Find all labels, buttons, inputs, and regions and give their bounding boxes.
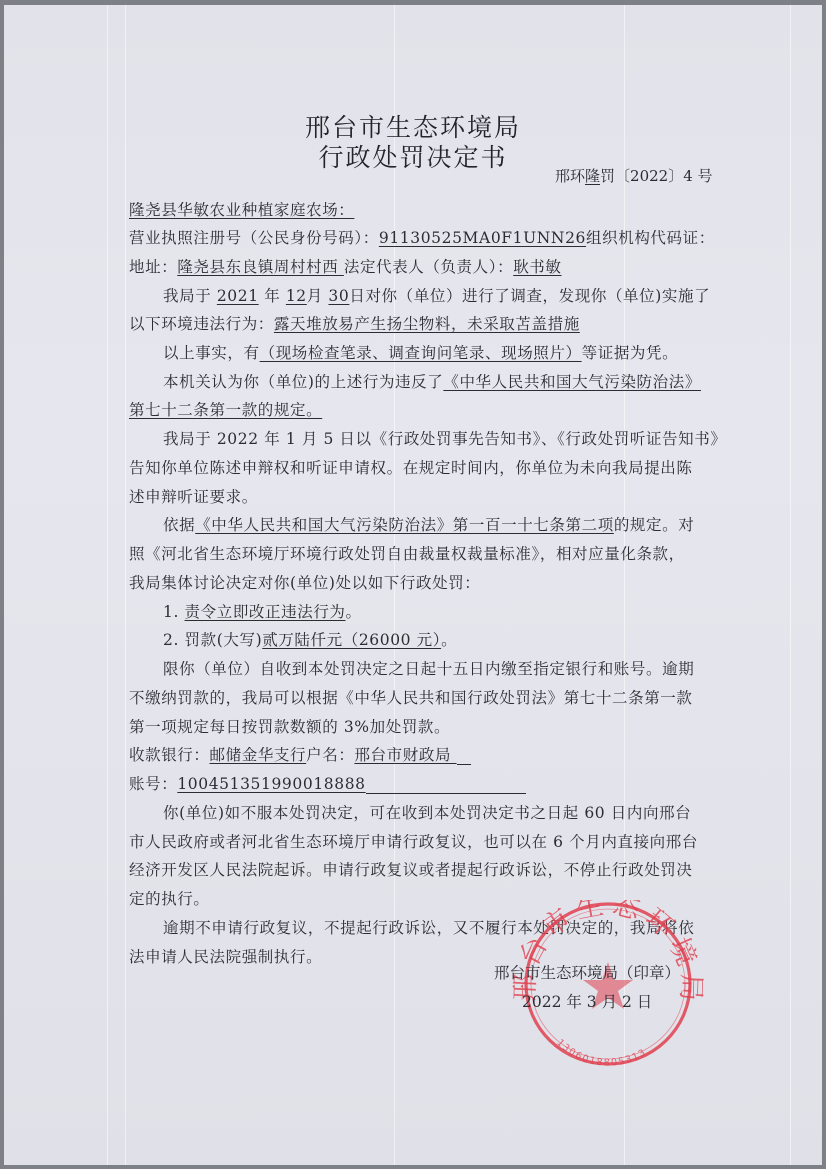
doc-number-suffix: 罚〔2022〕4 号 bbox=[600, 167, 713, 185]
penalty-number: 2. 罚款(大写) bbox=[163, 631, 262, 649]
violation-description: 露天堆放易产生扬尘物料，未采取苫盖措施 bbox=[274, 315, 580, 333]
fine-amount: 贰万陆仟元（26000 元） bbox=[262, 631, 441, 649]
payment-line-3: 第一项规定每日按罚款数额的 3%加处罚款。 bbox=[129, 715, 450, 737]
blank-fill-line bbox=[366, 776, 526, 794]
investigation-day: 30 bbox=[328, 287, 349, 305]
investigation-text: 我局于 bbox=[163, 287, 217, 305]
decision-basis-prefix: 依据 bbox=[163, 516, 195, 534]
account-number-label: 账号： bbox=[129, 775, 177, 793]
penalty-item-2: 2. 罚款(大写)贰万陆仟元（26000 元）。 bbox=[163, 628, 457, 650]
address-value: 隆尧县东良镇周村村西 bbox=[177, 258, 344, 276]
account-line: 账号：100451351990018888 bbox=[129, 772, 526, 794]
penalty-end: 。 bbox=[441, 631, 457, 649]
recipient-name: 隆尧县华敏农业种植家庭农场： bbox=[129, 201, 354, 219]
legal-basis-line-2: 第七十二条第一款的规定。 bbox=[129, 398, 322, 420]
registration-number: 91130525MA0F1UNN26 bbox=[379, 229, 586, 247]
account-number-value: 100451351990018888 bbox=[177, 775, 365, 793]
payment-line-1: 限你（单位）自收到本处罚决定之日起十五日内缴至指定银行和账号。逾期 bbox=[163, 657, 694, 679]
appeal-line-3: 经济开发区人民法院起诉。申请行政复议或者提起行政诉讼，不停止行政处罚决 bbox=[129, 858, 693, 880]
decision-basis-line: 依据《中华人民共和国大气污染防治法》第一百一十七条第二项的规定。对 bbox=[163, 513, 694, 535]
issue-date: 2022 年 3 月 2 日 bbox=[522, 990, 652, 1012]
investigation-line-2: 以下环境违法行为：露天堆放易产生扬尘物料，未采取苫盖措施 bbox=[129, 312, 580, 334]
evidence-items: （现场检查笔录、调查询问笔录、现场照片） bbox=[260, 344, 582, 362]
penalty-law-basis: 《中华人民共和国大气污染防治法》第一百一十七条第二项 bbox=[195, 516, 614, 534]
address-label: 地址： bbox=[129, 258, 177, 276]
investigation-line-1: 我局于 2021 年 12月 30日对你（单位）进行了调查，发现你（单位)实施了 bbox=[163, 284, 710, 306]
penalty-end: 。 bbox=[346, 603, 362, 621]
org-code-label: 组织机构代码证： bbox=[586, 229, 715, 247]
issuer-signature: 邢台市生态环境局（印章） bbox=[494, 961, 680, 983]
bank-line: 收款银行：邮储金华支行户名：邢台市财政局 bbox=[129, 743, 471, 765]
evidence-line: 以上事实，有（现场检查笔录、调查询问笔录、现场照片）等证据为凭。 bbox=[163, 341, 678, 363]
violation-label: 以下环境违法行为： bbox=[129, 315, 274, 333]
decision-basis-suffix: 的规定。对 bbox=[614, 516, 695, 534]
appeal-line-4: 定的执行。 bbox=[129, 887, 210, 909]
enforcement-line-2: 法申请人民法院强制执行。 bbox=[129, 945, 322, 967]
investigation-text: 日对你（单位）进行了调查，发现你（单位)实施了 bbox=[349, 287, 710, 305]
violated-article: 第七十二条第一款的规定。 bbox=[129, 401, 322, 419]
enforcement-line-1: 逾期不申请行政复议，不提起行政诉讼，又不履行本处罚决定的，我局将依 bbox=[163, 916, 694, 938]
account-name-label: 户名： bbox=[306, 746, 354, 764]
investigation-text: 年 bbox=[259, 287, 286, 305]
legal-rep-value: 耿书敏 bbox=[513, 258, 561, 276]
legal-rep-label: 法定代表人（负责人）： bbox=[344, 258, 513, 276]
document-number: 邢环隆罚〔2022〕4 号 bbox=[555, 165, 713, 186]
legal-basis-line-1: 本机关认为你（单位)的上述行为违反了《中华人民共和国大气污染防治法》 bbox=[163, 370, 701, 392]
scan-fold-line bbox=[125, 5, 126, 1165]
notification-line-2: 告知你单位陈述申辩权和听证申请权。在规定时间内，你单位为未向我局提出陈 bbox=[129, 456, 693, 478]
penalty-item-1: 1. 责令立即改正违法行为。 bbox=[163, 600, 362, 622]
doc-number-prefix: 邢环 bbox=[555, 167, 585, 185]
registration-line: 营业执照注册号（公民身份号码）：91130525MA0F1UNN26组织机构代码… bbox=[129, 226, 715, 248]
appeal-line-1: 你(单位)如不服本处罚决定，可在收到本处罚决定书之日起 60 日内向邢台 bbox=[163, 801, 691, 823]
blank-fill-line bbox=[457, 747, 471, 765]
recipient-line: 隆尧县华敏农业种植家庭农场： bbox=[129, 198, 354, 220]
penalty-number: 1. bbox=[163, 603, 185, 621]
address-line: 地址：隆尧县东良镇周村村西 法定代表人（负责人）：耿书敏 bbox=[129, 255, 562, 277]
notification-line-1: 我局于 2022 年 1 月 5 日以《行政处罚事先告知书》、《行政处罚听证告知… bbox=[163, 427, 726, 449]
evidence-suffix: 等证据为凭。 bbox=[582, 344, 679, 362]
bank-label: 收款银行： bbox=[129, 746, 210, 764]
violated-law: 《中华人民共和国大气污染防治法》 bbox=[443, 373, 701, 391]
registration-label: 营业执照注册号（公民身份号码）： bbox=[129, 229, 379, 247]
legal-basis-prefix: 本机关认为你（单位)的上述行为违反了 bbox=[163, 373, 443, 391]
penalty-text: 责令立即改正违法行为 bbox=[185, 603, 346, 621]
investigation-year: 2021 bbox=[217, 287, 259, 305]
scan-fold-line bbox=[790, 5, 791, 1165]
evidence-prefix: 以上事实，有 bbox=[163, 344, 260, 362]
decision-line-2: 照《河北省生态环境厅环境行政处罚自由裁量权裁量标准》，相对应量化条款， bbox=[129, 542, 685, 564]
investigation-month: 12 bbox=[286, 287, 307, 305]
bank-value: 邮储金华支行 bbox=[210, 746, 307, 764]
investigation-text: 月 bbox=[307, 287, 329, 305]
appeal-line-2: 市人民政府或者河北省生态环境厅申请行政复议，也可以在 6 个月内直接向邢台 bbox=[129, 830, 698, 852]
notification-line-3: 述申辩听证要求。 bbox=[129, 485, 258, 507]
decision-line-3: 我局集体讨论决定对你(单位)处以如下行政处罚： bbox=[129, 571, 480, 593]
account-name-value: 邢台市财政局 bbox=[354, 746, 456, 764]
payment-line-2: 不缴纳罚款的，我局可以根据《中华人民共和国行政处罚法》第七十二条第一款 bbox=[129, 686, 693, 708]
scan-fold-line bbox=[107, 5, 108, 1165]
doc-number-county: 隆 bbox=[585, 167, 600, 185]
